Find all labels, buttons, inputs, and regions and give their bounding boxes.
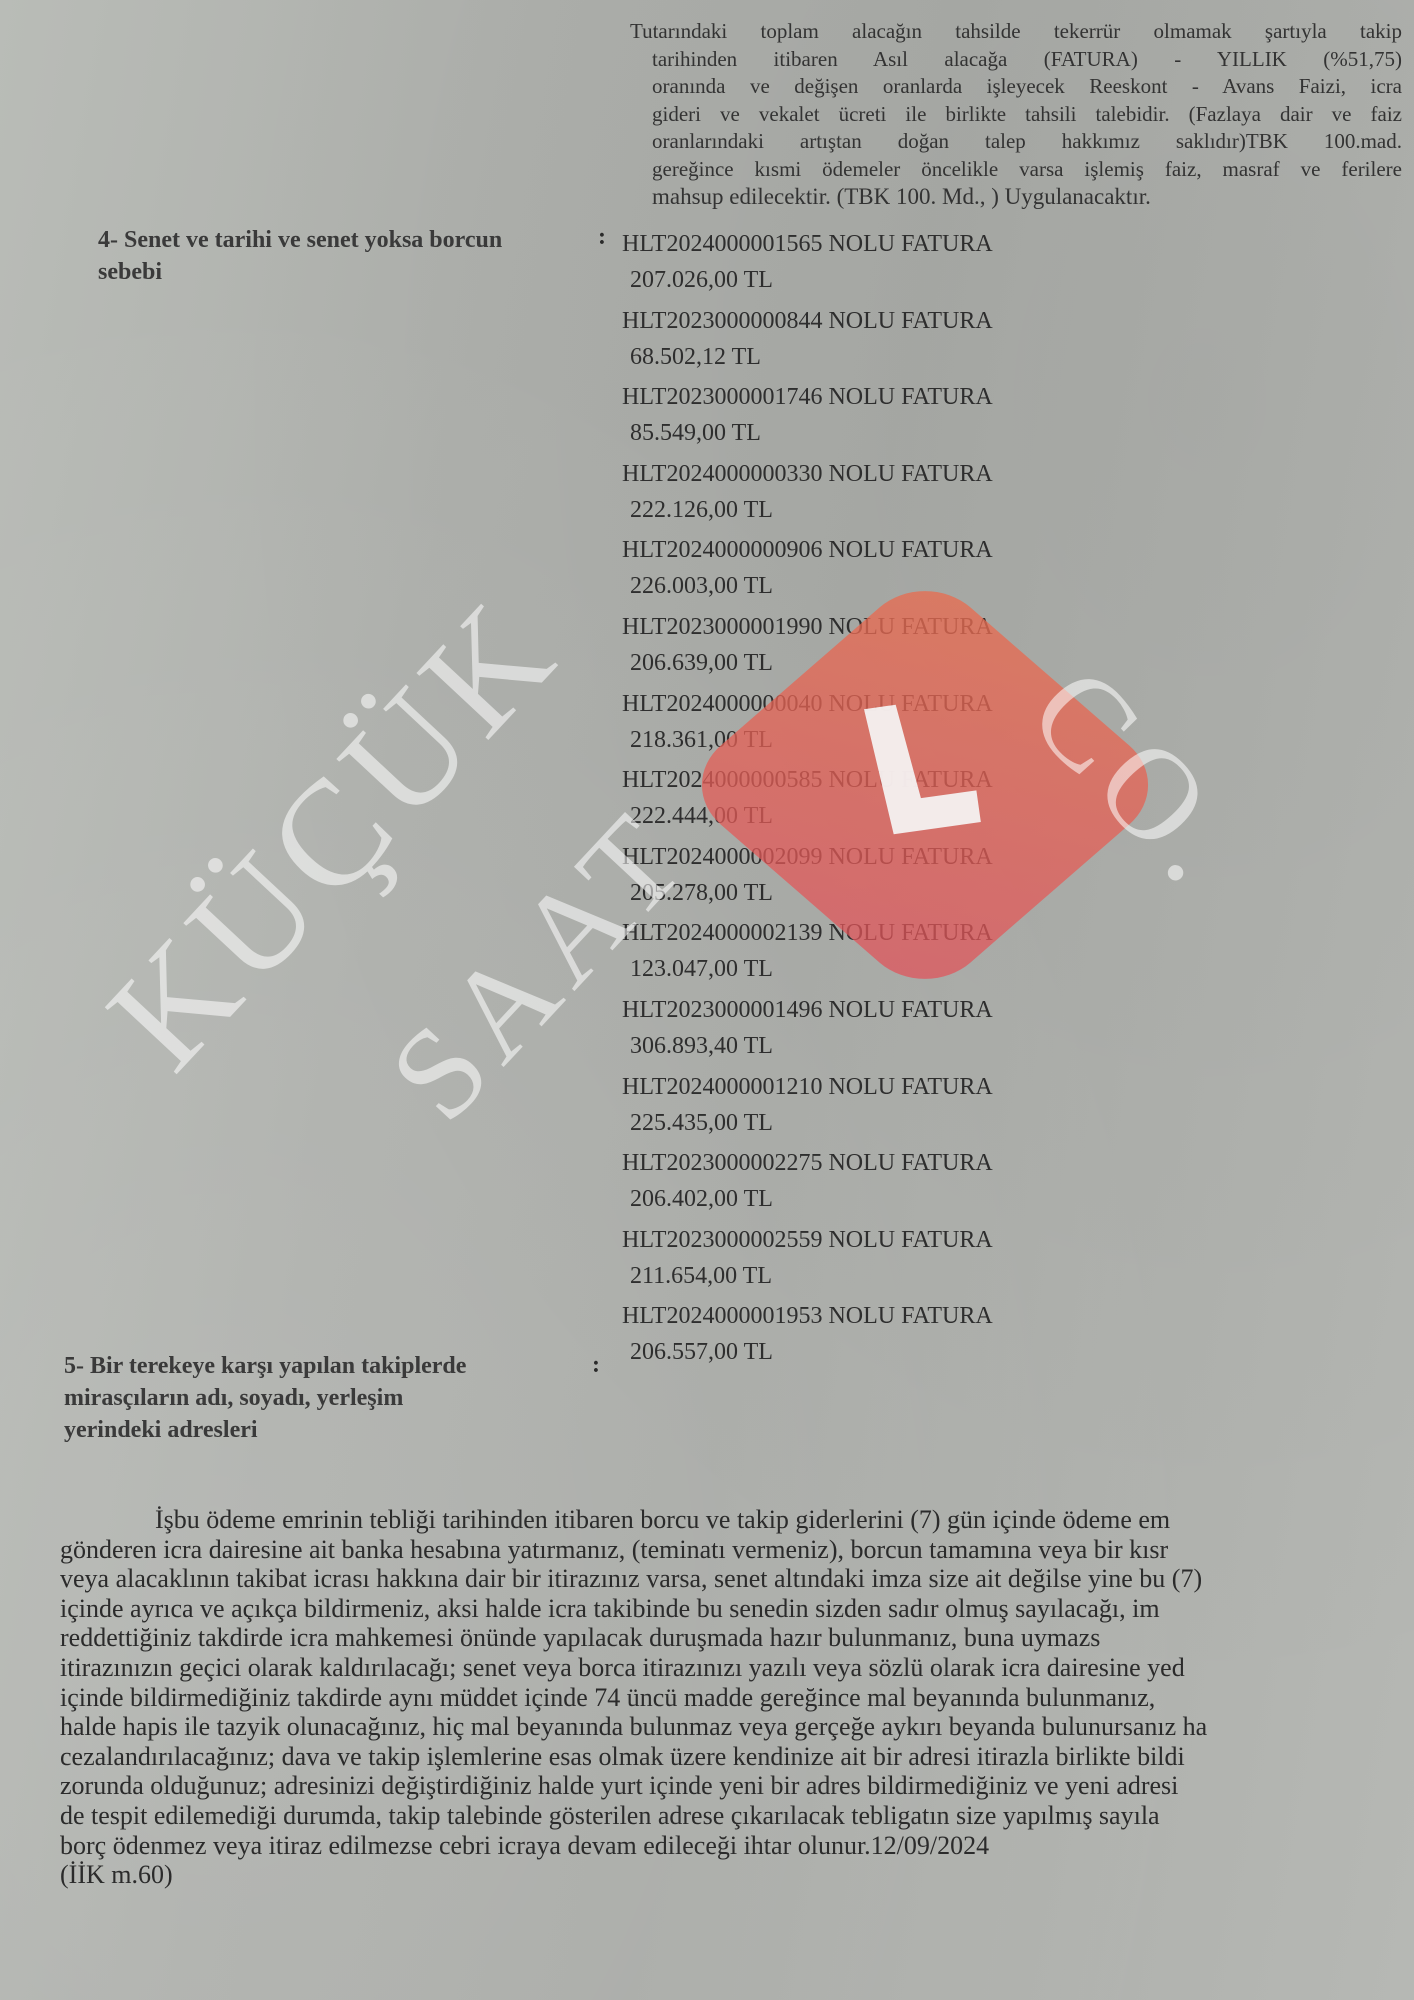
invoice-number: HLT2024000001953 NOLU FATURA [622, 1298, 993, 1334]
notice-line: halde hapis ile tazyik olunacağınız, hiç… [60, 1712, 1414, 1742]
invoice-entry: HLT2024000002139 NOLU FATURA123.047,00 T… [622, 915, 993, 992]
section-5-colon: : [592, 1352, 600, 1379]
intro-line: gereğince kısmi ödemeler öncelikle varsa… [630, 156, 1402, 184]
intro-line: tarihinden itibaren Asıl alacağa (FATURA… [630, 46, 1402, 74]
invoice-entry: HLT2024000000906 NOLU FATURA226.003,00 T… [622, 532, 993, 609]
invoice-amount: 225.435,00 TL [622, 1105, 993, 1141]
invoice-amount: 206.639,00 TL [622, 645, 993, 681]
invoice-entry: HLT2023000002275 NOLU FATURA206.402,00 T… [622, 1145, 993, 1222]
watermark-text: KÜÇÜK [74, 565, 591, 1102]
invoice-amount: 123.047,00 TL [622, 951, 993, 987]
notice-line: itirazınızın geçici olarak kaldırılacağı… [60, 1653, 1414, 1683]
invoice-number: HLT2023000001746 NOLU FATURA [622, 379, 993, 415]
intro-line: oranlarındaki artıştan doğan talep hakkı… [630, 128, 1402, 156]
intro-line: oranında ve değişen oranlarda işleyecek … [630, 73, 1402, 101]
invoice-amount: 218.361,00 TL [622, 722, 993, 758]
notice-line: reddettiğiniz takdirde icra mahkemesi ön… [60, 1623, 1414, 1653]
intro-line: Tutarındaki toplam alacağın tahsilde tek… [630, 18, 1402, 46]
section-4-label: 4- Senet ve tarihi ve senet yoksa borcun… [98, 224, 618, 288]
invoice-amount: 226.003,00 TL [622, 568, 993, 604]
invoice-number: HLT2023000002275 NOLU FATURA [622, 1145, 993, 1181]
invoice-amount: 222.444,00 TL [622, 798, 993, 834]
invoice-entry: HLT2024000002099 NOLU FATURA205.278,00 T… [622, 839, 993, 916]
invoice-entry: HLT2024000000040 NOLU FATURA218.361,00 T… [622, 686, 993, 763]
notice-line: borç ödenmez veya itiraz edilmezse cebri… [60, 1831, 1414, 1861]
invoice-entry: HLT2024000000330 NOLU FATURA222.126,00 T… [622, 456, 993, 533]
notice-line: İşbu ödeme emrinin tebliği tarihinden it… [60, 1505, 1414, 1535]
notice-line: gönderen icra dairesine ait banka hesabı… [60, 1535, 1414, 1565]
intro-line: mahsup edilecektir. (TBK 100. Md., ) Uyg… [630, 183, 1402, 211]
invoice-amount: 211.654,00 TL [622, 1258, 993, 1294]
invoice-number: HLT2024000002099 NOLU FATURA [622, 839, 993, 875]
invoice-amount: 206.402,00 TL [622, 1181, 993, 1217]
invoice-amount: 306.893,40 TL [622, 1028, 993, 1064]
legal-notice-paragraph: İşbu ödeme emrinin tebliği tarihinden it… [60, 1505, 1414, 1890]
notice-line: zorunda olduğunuz; adresinizi değiştirdi… [60, 1771, 1414, 1801]
notice-line: içinde bildirmediğiniz takdirde aynı müd… [60, 1683, 1414, 1713]
invoice-entry: HLT2023000000844 NOLU FATURA68.502,12 TL [622, 303, 993, 380]
law-reference: (İİK m.60) [60, 1860, 1414, 1890]
intro-line: gideri ve vekalet ücreti ile birlikte ta… [630, 101, 1402, 129]
document-page: Tutarındaki toplam alacağın tahsilde tek… [0, 0, 1414, 2000]
invoice-entry: HLT2023000001990 NOLU FATURA206.639,00 T… [622, 609, 993, 686]
invoice-number: HLT2023000001990 NOLU FATURA [622, 609, 993, 645]
invoice-number: HLT2024000000330 NOLU FATURA [622, 456, 993, 492]
invoice-amount: 85.549,00 TL [622, 415, 993, 451]
notice-line: cezalandırılacağınız; dava ve takip işle… [60, 1742, 1414, 1772]
invoice-number: HLT2024000002139 NOLU FATURA [622, 915, 993, 951]
invoice-entry: HLT2023000001746 NOLU FATURA85.549,00 TL [622, 379, 993, 456]
invoice-entry: HLT2024000001565 NOLU FATURA207.026,00 T… [622, 226, 993, 303]
section-4-colon: : [598, 224, 606, 251]
invoice-amount: 207.026,00 TL [622, 262, 993, 298]
invoice-amount: 222.126,00 TL [622, 492, 993, 528]
watermark-text: CO. [1000, 638, 1275, 918]
notice-line: de tespit edilemediği durumda, takip tal… [60, 1801, 1414, 1831]
invoice-list: HLT2024000001565 NOLU FATURA207.026,00 T… [622, 226, 993, 1375]
invoice-entry: HLT2023000002559 NOLU FATURA211.654,00 T… [622, 1222, 993, 1299]
invoice-amount: 206.557,00 TL [622, 1334, 993, 1370]
invoice-number: HLT2024000001210 NOLU FATURA [622, 1069, 993, 1105]
invoice-number: HLT2024000000040 NOLU FATURA [622, 686, 993, 722]
invoice-entry: HLT2023000001496 NOLU FATURA306.893,40 T… [622, 992, 993, 1069]
invoice-number: HLT2024000000906 NOLU FATURA [622, 532, 993, 568]
section-5-label: 5- Bir terekeye karşı yapılan takiplerde… [64, 1350, 624, 1446]
notice-line: veya alacaklının takibat icrası hakkına … [60, 1564, 1414, 1594]
notice-line: içinde ayrıca ve açıkça bildirmeniz, aks… [60, 1594, 1414, 1624]
invoice-entry: HLT2024000001210 NOLU FATURA225.435,00 T… [622, 1069, 993, 1146]
invoice-number: HLT2024000000585 NOLU FATURA [622, 762, 993, 798]
interest-clause-paragraph: Tutarındaki toplam alacağın tahsilde tek… [630, 18, 1402, 211]
invoice-number: HLT2023000000844 NOLU FATURA [622, 303, 993, 339]
invoice-number: HLT2024000001565 NOLU FATURA [622, 226, 993, 262]
invoice-entry: HLT2024000000585 NOLU FATURA222.444,00 T… [622, 762, 993, 839]
invoice-amount: 68.502,12 TL [622, 339, 993, 375]
invoice-amount: 205.278,00 TL [622, 875, 993, 911]
invoice-number: HLT2023000002559 NOLU FATURA [622, 1222, 993, 1258]
invoice-entry: HLT2024000001953 NOLU FATURA206.557,00 T… [622, 1298, 993, 1375]
invoice-number: HLT2023000001496 NOLU FATURA [622, 992, 993, 1028]
